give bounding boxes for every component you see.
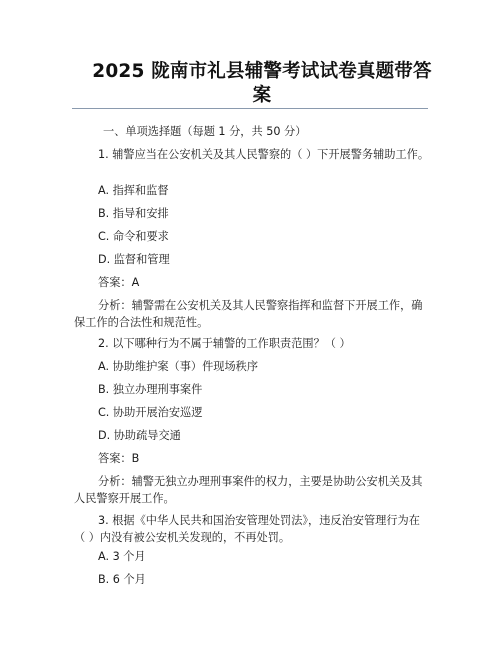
- question-1-stem: 1. 辅警应当在公安机关及其人民警察的（ ）下开展警务辅助工作。: [74, 146, 430, 163]
- question-2-option-c: C. 协助开展治安巡逻: [98, 405, 202, 420]
- section-heading: 一、单项选择题（每题 1 分，共 50 分）: [103, 124, 306, 139]
- question-2-stem: 2. 以下哪种行为不属于辅警的工作职责范围？（ ）: [98, 336, 351, 351]
- page-title: 2025 陇南市礼县辅警考试试卷真题带答案: [92, 60, 432, 108]
- title-divider: [72, 108, 428, 109]
- question-2-option-d: D. 协助疏导交通: [98, 428, 181, 443]
- document-page: 2025 陇南市礼县辅警考试试卷真题带答案 一、单项选择题（每题 1 分，共 5…: [0, 0, 500, 647]
- question-3-stem: 3. 根据《中华人民共和国治安管理处罚法》，违反治安管理行为在（ ）内没有被公安…: [74, 512, 430, 546]
- question-1-option-b: B. 指导和安排: [98, 206, 169, 221]
- question-1-option-d: D. 监督和管理: [98, 252, 170, 267]
- question-3-option-b: B. 6 个月: [98, 572, 146, 587]
- question-1-option-c: C. 命令和要求: [98, 229, 169, 244]
- question-1-analysis: 分析：辅警需在公安机关及其人民警察指挥和监督下开展工作，确保工作的合法性和规范性…: [74, 297, 430, 331]
- question-2-analysis: 分析：辅警无独立办理刑事案件的权力，主要是协助公安机关及其人民警察开展工作。: [74, 473, 430, 507]
- question-2-answer: 答案：B: [98, 451, 139, 466]
- question-2-option-b: B. 独立办理刑事案件: [98, 382, 202, 397]
- question-3-option-a: A. 3 个月: [98, 549, 146, 564]
- question-2-option-a: A. 协助维护案（事）件现场秩序: [98, 359, 258, 374]
- question-1-option-a: A. 指挥和监督: [98, 183, 169, 198]
- question-1-answer: 答案：A: [98, 275, 139, 290]
